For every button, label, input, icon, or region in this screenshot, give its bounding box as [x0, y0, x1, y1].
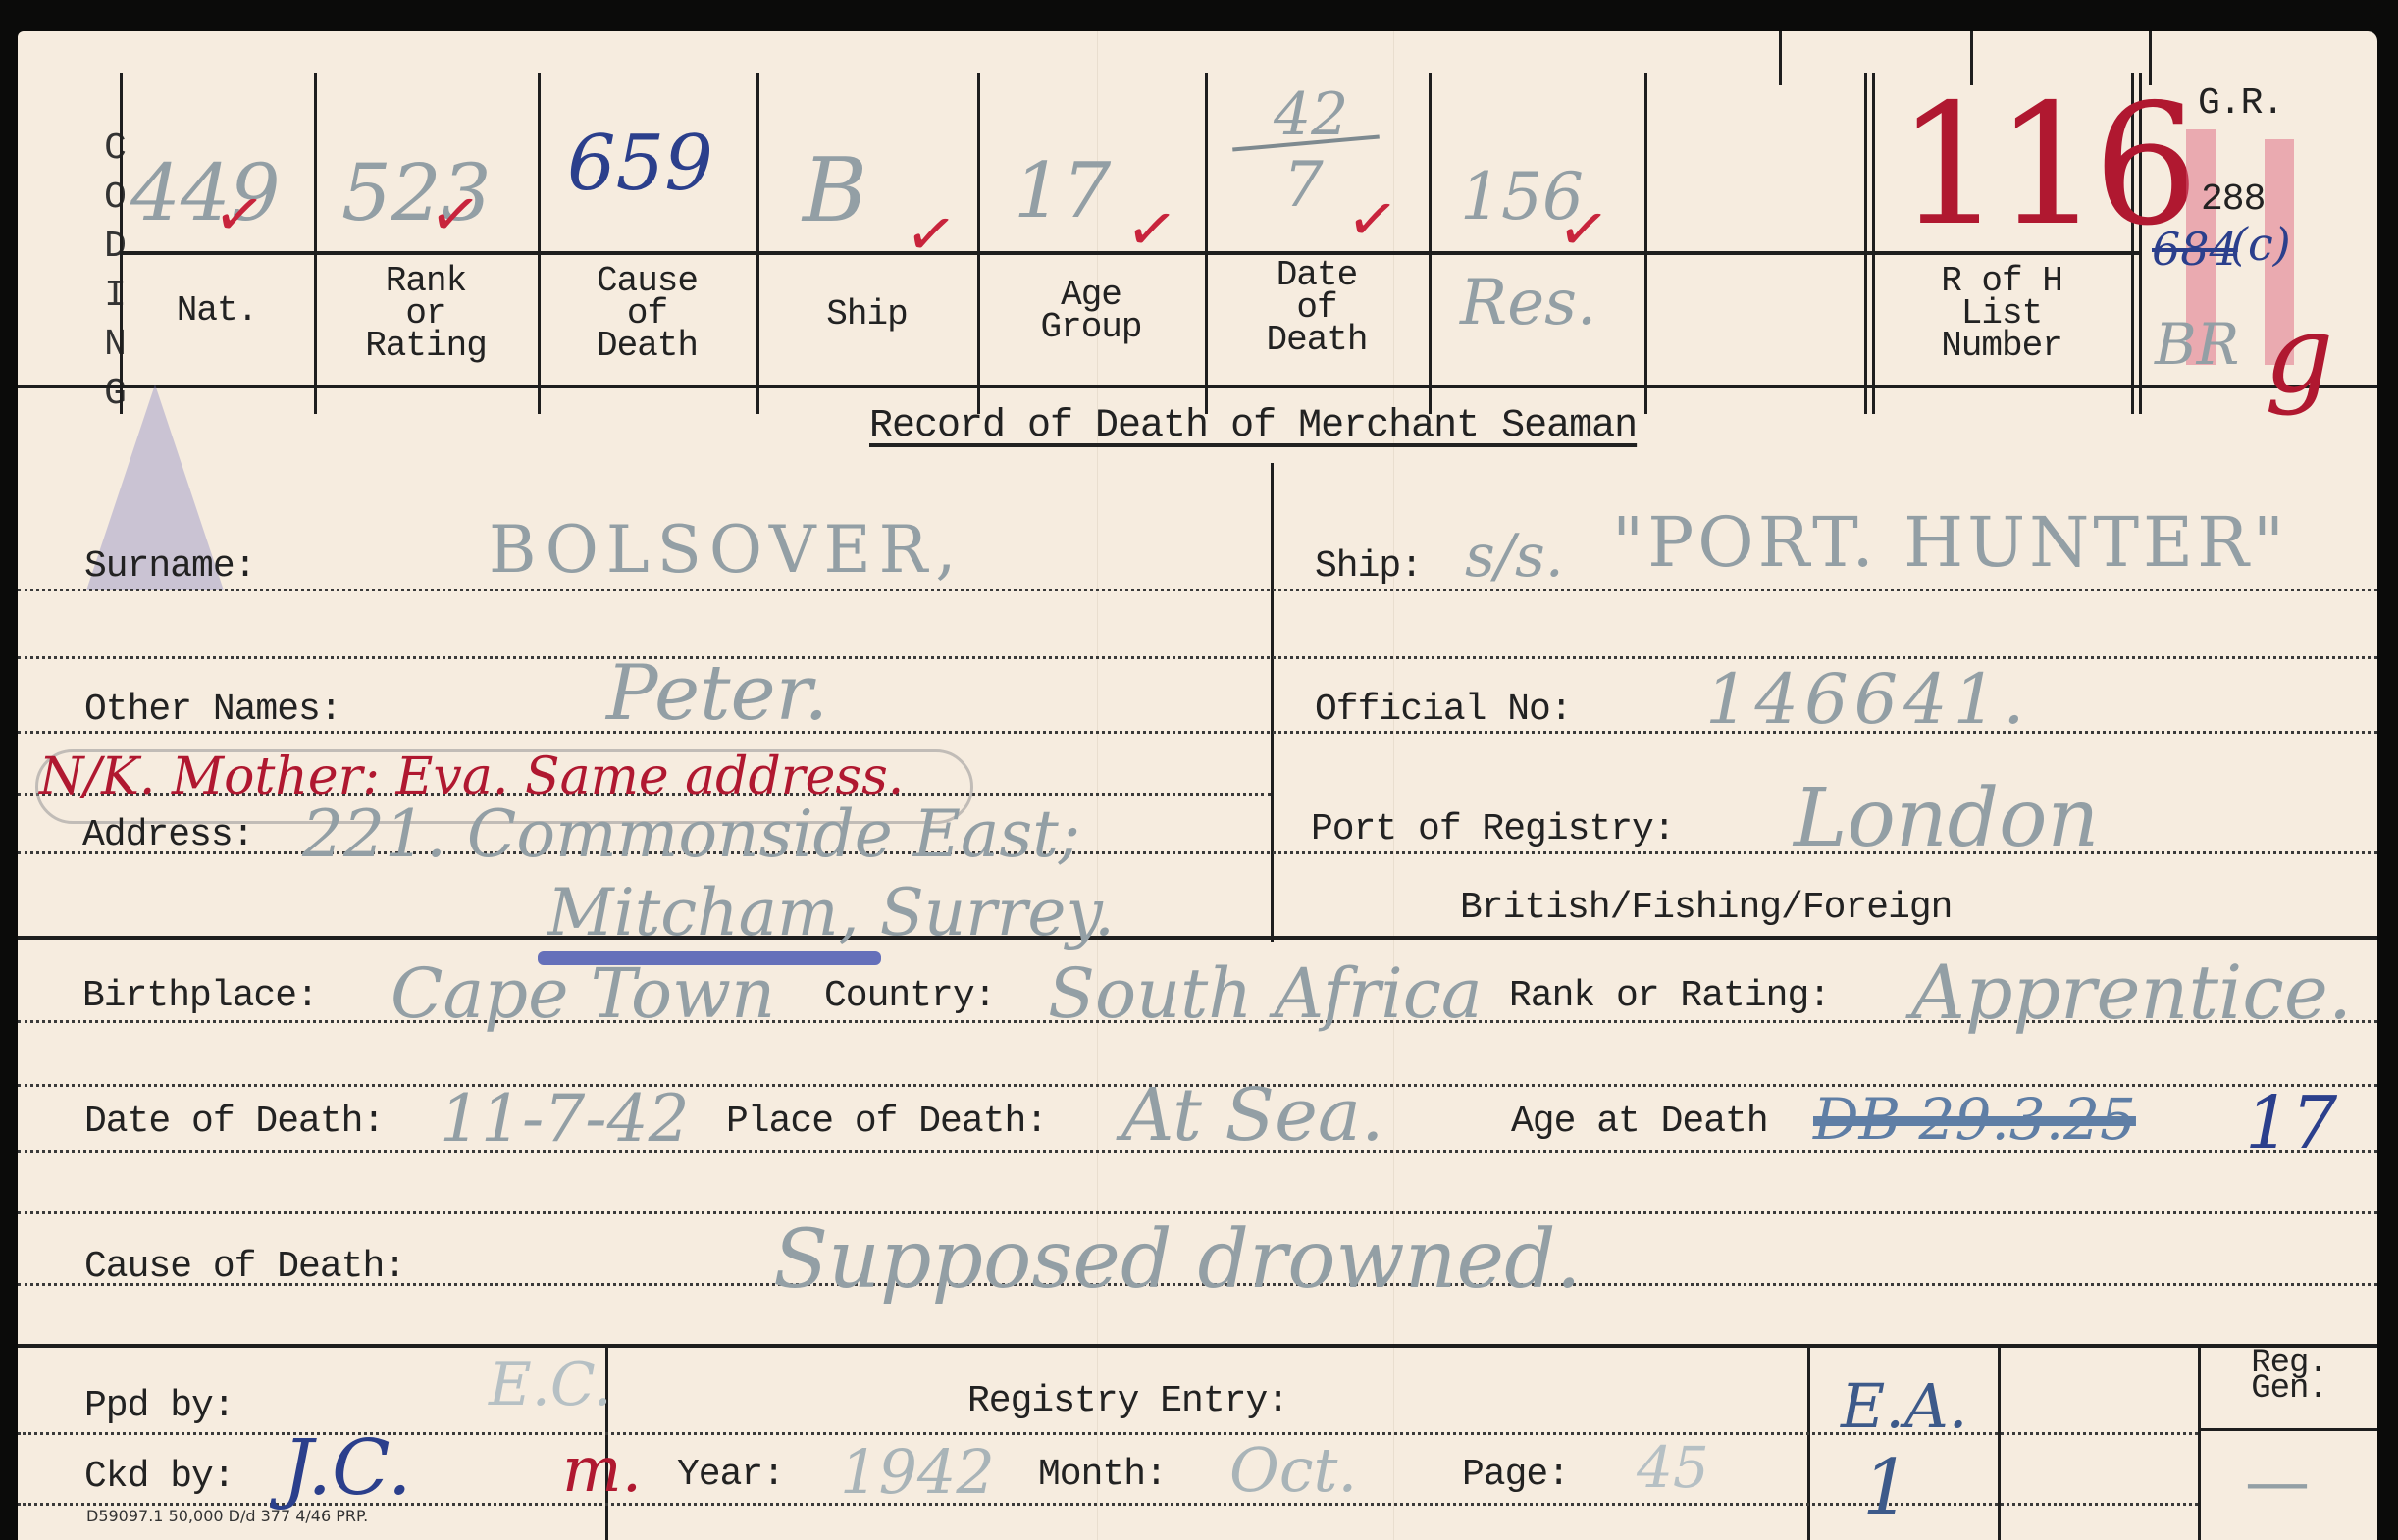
section-rule — [18, 1344, 2377, 1348]
label-official-no: Official No: — [1315, 689, 1572, 731]
coding-letter: O — [100, 174, 130, 223]
coding-label: C O D I N G — [100, 125, 130, 419]
top-tick — [1779, 31, 1782, 85]
label-age-at-death: Age at Death — [1511, 1101, 1768, 1143]
age-struck-value: DB 29.3.25 — [1813, 1086, 2136, 1153]
grid-line — [120, 73, 123, 414]
official-no-value: 146641. — [1705, 659, 2030, 740]
label-ship: Ship — [756, 298, 977, 331]
gr-red-mark: g — [2265, 291, 2333, 417]
check-mark: ✓ — [901, 195, 962, 274]
place-of-death-value: At Sea. — [1121, 1073, 1384, 1157]
footer-divider — [1998, 1344, 2001, 1540]
check-mark: ✓ — [425, 176, 486, 254]
label-country: Country: — [824, 975, 995, 1017]
label-address: Address: — [82, 814, 253, 856]
coding-letter: D — [100, 223, 130, 272]
date-of-death-value: 11-7-42 — [440, 1081, 690, 1156]
grid-line — [1864, 73, 1867, 414]
gr-suffix: (c) — [2230, 218, 2291, 271]
label-nat: Nat. — [120, 294, 314, 327]
gr-initials: BR — [2155, 311, 2239, 378]
label-port-of-registry: Port of Registry: — [1311, 808, 1675, 850]
label-ppd-by: Ppd by: — [84, 1385, 235, 1427]
paper-fold-line — [1097, 31, 1098, 1540]
label-year: Year: — [677, 1454, 784, 1496]
ship-name: "PORT. HUNTER" — [1612, 502, 2288, 583]
year-value: 1942 — [840, 1436, 995, 1508]
reg-gen-value: — — [2245, 1444, 2310, 1519]
label-cause-of-death: Cause of Death: — [84, 1246, 405, 1288]
gr-struck-number: 684 — [2152, 223, 2238, 276]
gr-number: 288 — [2201, 179, 2265, 221]
other-names-value: Peter. — [606, 649, 828, 738]
grid-line — [1429, 73, 1432, 414]
birthplace-value: Cape Town — [391, 953, 775, 1034]
cause-of-death-value: Supposed drowned. — [773, 1213, 1582, 1307]
check-mark: ✓ — [1342, 180, 1403, 259]
coding-letter: C — [100, 125, 130, 174]
port-of-registry-value: London — [1794, 772, 2099, 865]
label-date-of-death: Date of Death: — [84, 1101, 384, 1143]
check-mark: ✓ — [209, 176, 270, 254]
label-date: Date of Death — [1205, 259, 1429, 356]
label-ckd-by: Ckd by: — [84, 1456, 235, 1498]
ship-prefix: s/s. — [1465, 522, 1564, 590]
entry-box-bottom: 1 — [1862, 1444, 1911, 1532]
grid-line — [538, 73, 541, 414]
label-reg-gen: Reg. Gen. — [2216, 1351, 2363, 1402]
paper-fold-line — [1393, 31, 1394, 1540]
label-surname: Surname: — [84, 545, 255, 588]
footer-divider — [2198, 1344, 2201, 1540]
grid-line — [1644, 73, 1647, 414]
ppd-by-value: E.C. — [489, 1351, 612, 1419]
reg-gen-rule — [2198, 1428, 2377, 1431]
ckd-by-initial: m. — [562, 1434, 642, 1507]
card-title: Record of Death of Merchant Seaman — [869, 404, 1637, 448]
check-mark: ✓ — [1553, 190, 1614, 269]
grid-line — [18, 385, 2377, 388]
label-birthplace: Birthplace: — [82, 975, 318, 1017]
center-divider — [1271, 463, 1274, 942]
grid-line — [756, 73, 759, 414]
surname-value: BOLSOVER, — [489, 512, 964, 588]
label-r-of-h: R of H List Number — [1872, 265, 2131, 362]
label-page: Page: — [1462, 1454, 1569, 1496]
label-registry-entry: Registry Entry: — [967, 1380, 1288, 1422]
label-rank-or-rating: Rank or Rating: — [1509, 975, 1830, 1017]
coding-letter: N — [100, 321, 130, 370]
ship-code: B — [803, 139, 867, 242]
rank-or-rating-value: Apprentice. — [1911, 949, 2352, 1036]
label-rank: Rank or Rating — [314, 265, 538, 362]
footer-divider — [1807, 1344, 1810, 1540]
grid-line — [977, 73, 980, 414]
grid-line — [1205, 73, 1208, 414]
label-month: Month: — [1038, 1454, 1167, 1496]
address-line1: 221. Commonside East; — [302, 796, 1080, 872]
age-group-code: 17 — [1014, 147, 1111, 235]
r-of-h-number: 116 — [1897, 69, 2191, 263]
month-value: Oct. — [1229, 1434, 1357, 1506]
label-other-names: Other Names: — [84, 689, 341, 731]
age-at-death-value: 17 — [2245, 1081, 2337, 1165]
res-annotation: Res. — [1460, 267, 1596, 339]
section-rule — [18, 936, 2377, 940]
check-mark: ✓ — [1121, 190, 1182, 269]
label-place-of-death: Place of Death: — [726, 1101, 1047, 1143]
print-code: D59097.1 50,000 D/d 377 4/46 PRP. — [86, 1507, 368, 1525]
label-gr: G.R. — [2198, 82, 2283, 125]
label-ship: Ship: — [1315, 545, 1422, 588]
grid-line — [314, 73, 317, 414]
grid-line — [1872, 73, 1875, 414]
label-cause: Cause of Death — [538, 265, 756, 362]
entry-box-top: E.A. — [1841, 1370, 1967, 1442]
dotted-rule — [18, 589, 2377, 591]
registry-type: British/Fishing/Foreign — [1460, 887, 1953, 929]
country-value: South Africa — [1048, 953, 1483, 1034]
address-line2: Mitcham, Surrey. — [547, 875, 1115, 950]
label-age-group: Age Group — [977, 279, 1205, 343]
death-record-card: C O D I N G 449 ✓ 523 ✓ 659 B ✓ 17 ✓ 42 … — [18, 31, 2377, 1540]
ckd-by-signature: J.C. — [283, 1424, 412, 1513]
page-value: 45 — [1637, 1434, 1709, 1501]
date-code-bottom: 7 — [1283, 149, 1324, 222]
cause-code: 659 — [567, 120, 713, 208]
